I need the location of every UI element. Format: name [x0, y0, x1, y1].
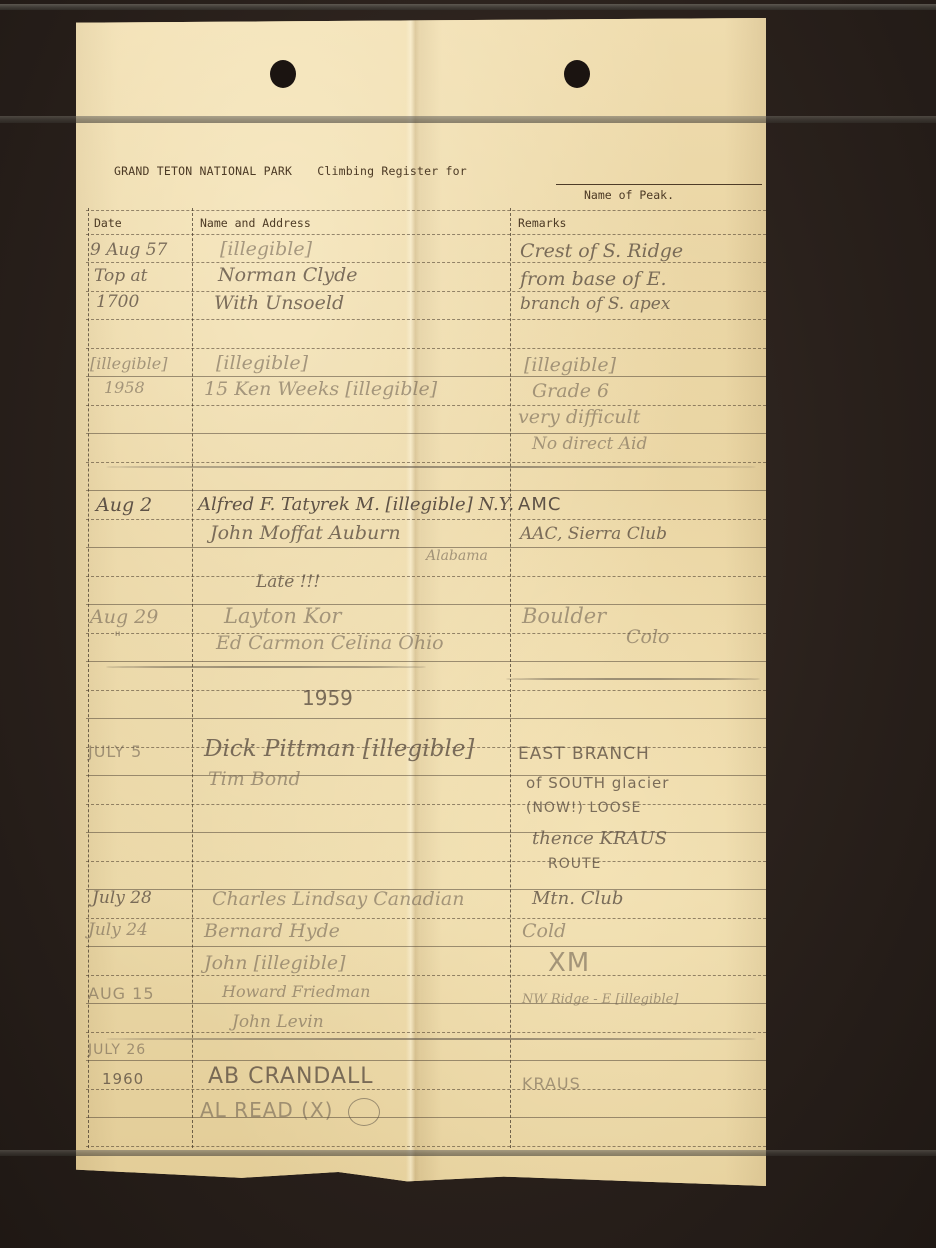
separator-stroke: [106, 1038, 756, 1040]
entry-date: Top at: [94, 266, 148, 286]
entry-date: ": [114, 628, 121, 647]
entry-name: Ed Carmon Celina Ohio: [216, 632, 444, 654]
entry-name: 15 Ken Weeks [illegible]: [204, 378, 437, 400]
entry-remarks: Boulder: [522, 604, 606, 628]
ruled-line: [86, 433, 766, 434]
mount-rail-lower: [0, 1150, 936, 1156]
ruled-line: [86, 661, 766, 662]
entry-name: Alabama: [426, 548, 488, 564]
entry-date: Aug 2: [96, 494, 152, 516]
entry-name: Dick Pittman [illegible]: [204, 736, 474, 762]
entry-remarks: EAST BRANCH: [518, 744, 650, 764]
ruled-line: [86, 690, 766, 691]
entry-remarks: (NOW!) LOOSE: [526, 800, 641, 816]
ruled-line: [86, 1060, 766, 1061]
initials-circle: [348, 1098, 380, 1126]
entry-name: Charles Lindsay Canadian: [212, 888, 464, 910]
entry-name: AL READ (X): [200, 1098, 333, 1122]
column-header-remarks: Remarks: [518, 216, 566, 230]
entry-name: Bernard Hyde: [204, 920, 340, 942]
entry-name: Alfred F. Tatyrek M. [illegible] N.Y.: [198, 494, 514, 515]
entry-date: July 24: [88, 920, 148, 940]
ruled-line: [86, 1146, 766, 1147]
peak-name-field: [556, 184, 762, 185]
ruled-line: [86, 291, 766, 292]
ruled-line: [86, 376, 766, 377]
entry-name: [illegible]: [216, 352, 308, 374]
entry-remarks: XM: [548, 948, 590, 978]
year-marker: 1959: [302, 686, 353, 710]
register-sheet: GRAND TETON NATIONAL PARK Climbing Regis…: [76, 18, 766, 1186]
entry-date: 1960: [102, 1070, 144, 1088]
entry-date: 9 Aug 57: [90, 240, 167, 260]
ruled-line: [86, 210, 766, 211]
entry-date: July 28: [92, 888, 152, 908]
ruled-line: [86, 262, 766, 263]
ruled-line: [86, 918, 766, 919]
entry-name: John Moffat Auburn: [210, 522, 401, 544]
entry-remarks: Mtn. Club: [532, 888, 623, 909]
entry-remarks: of SOUTH glacier: [526, 774, 669, 792]
entry-remarks: KRAUS: [522, 1074, 581, 1093]
ruled-line: [86, 946, 766, 947]
ruled-line: [86, 576, 766, 577]
entry-name: AB CRANDALL: [208, 1064, 374, 1089]
ruled-line: [86, 861, 766, 862]
entry-remarks: very difficult: [518, 406, 640, 428]
entry-remarks: [illegible]: [524, 354, 616, 376]
entry-name: Howard Friedman: [222, 982, 370, 1001]
punch-hole-right: [564, 60, 590, 88]
ruled-line: [86, 804, 766, 805]
ruled-line: [86, 490, 766, 491]
entry-remarks: ROUTE: [548, 856, 601, 872]
ruled-line: [86, 519, 766, 520]
entry-remarks: branch of S. apex: [520, 294, 670, 314]
entry-name: John Levin: [232, 1012, 324, 1032]
peak-name-label: Name of Peak.: [584, 188, 674, 202]
entry-remarks: AAC, Sierra Club: [520, 524, 667, 544]
ruled-line: [86, 405, 766, 406]
ruled-line: [86, 604, 766, 605]
entry-date: 1958: [104, 378, 145, 397]
entry-date: JULY 26: [88, 1042, 146, 1058]
ruled-line: [86, 1032, 766, 1033]
ruled-line: [86, 462, 766, 463]
ruled-line: [86, 975, 766, 976]
entry-date: JULY 5: [88, 742, 142, 761]
entry-remarks: NW Ridge - E [illegible]: [522, 992, 678, 1007]
register-header: GRAND TETON NATIONAL PARK Climbing Regis…: [114, 164, 467, 178]
entry-date: [illegible]: [90, 354, 168, 373]
entry-name: Norman Clyde: [218, 264, 358, 286]
mount-rail-upper: [0, 116, 936, 123]
entry-remarks: AMC: [518, 494, 561, 515]
ruled-line: [86, 1089, 766, 1090]
separator-stroke: [506, 678, 760, 680]
ruled-line: [86, 1117, 766, 1118]
entry-remarks: Colo: [626, 626, 670, 648]
column-header-date: Date: [94, 216, 122, 230]
entry-remarks: Grade 6: [532, 380, 609, 402]
column-divider: [88, 208, 89, 1148]
ruled-line: [86, 718, 766, 719]
entry-date: 1700: [96, 292, 139, 312]
entry-name: Layton Kor: [224, 604, 341, 628]
entry-date: AUG 15: [88, 984, 155, 1003]
separator-stroke: [106, 666, 426, 668]
entry-name: Tim Bond: [208, 768, 301, 790]
entry-remarks: No direct Aid: [532, 434, 647, 454]
column-divider: [192, 208, 193, 1148]
entry-name: With Unsoeld: [214, 292, 344, 314]
mount-rail-top: [0, 4, 936, 10]
entry-name: Late !!!: [256, 572, 320, 592]
ruled-line: [86, 348, 766, 349]
separator-stroke: [106, 466, 756, 468]
entry-date: Aug 29: [90, 606, 158, 628]
entry-name: John [illegible]: [204, 952, 346, 974]
entry-remarks: thence KRAUS: [532, 828, 667, 849]
entry-remarks: from base of E.: [520, 268, 667, 290]
ruled-line: [86, 319, 766, 320]
entry-remarks: Crest of S. Ridge: [520, 240, 683, 262]
park-name: GRAND TETON NATIONAL PARK: [114, 164, 292, 178]
column-header-name: Name and Address: [200, 216, 311, 230]
register-title: Climbing Register for: [317, 164, 467, 178]
entry-name: [illegible]: [220, 238, 312, 260]
punch-hole-left: [270, 60, 296, 88]
register-table: Date Name and Address Remarks 9 Aug 57 T…: [86, 208, 766, 1178]
entry-remarks: Cold: [522, 920, 566, 942]
ruled-line: [86, 234, 766, 235]
